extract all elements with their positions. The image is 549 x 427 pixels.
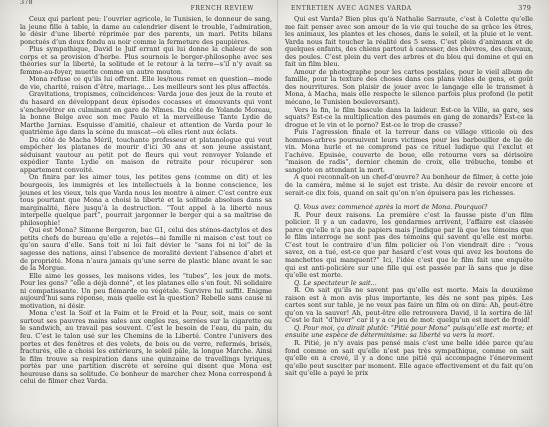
interview-answer: R. On sait qu’ils ne savent pas qu’elle … <box>285 287 533 325</box>
page-header-right: ENTRETIEN AVEC AGNES VARDA 379 <box>285 0 533 14</box>
body-paragraph: Du côté de Macha Méril, touchante profes… <box>20 137 272 175</box>
page-number-right: 379 <box>518 4 531 12</box>
interview-answer: R. Pitié, je n’y avais pas pensé mais c’… <box>285 340 533 378</box>
body-paragraph: Qui est Varda? Bien plus qu’à Nathalie S… <box>285 16 533 69</box>
body-paragraph: Gravitations, tropismes, coïncidences: V… <box>20 91 272 136</box>
page-number-left: 378 <box>20 0 33 6</box>
page-gutter-divider <box>277 0 278 427</box>
page-right: ENTRETIEN AVEC AGNES VARDA 379 Qui est V… <box>285 0 533 378</box>
interview-question: Q. Pour moi, ça dirait plutôt: “Pitié po… <box>285 325 533 340</box>
body-paragraph: Elle aime les gosses, les maisons vides,… <box>20 273 272 311</box>
book-spread: 378 FRENCH REVIEW Ceux qui parlent peu: … <box>0 0 549 427</box>
running-head-right: ENTRETIEN AVEC AGNES VARDA <box>291 5 412 12</box>
body-paragraph: On finira par les aimer tous, les petite… <box>20 174 272 227</box>
body-paragraph: Mona c’est la Soif et la Faim et le Froi… <box>20 310 272 385</box>
body-paragraph: Vers la fin, le film bascule dans la lai… <box>285 107 533 130</box>
body-paragraph: Plus sympathique, David le Juif errant q… <box>20 46 272 76</box>
page-header-left: 378 FRENCH REVIEW <box>20 0 272 14</box>
body-paragraph: A quoi reconnaît-on un chef-d’œuvre? Au … <box>285 174 533 197</box>
body-paragraph: Mona refuse ce qu’ils lui offrent. Elle … <box>20 76 272 91</box>
body-paragraph: Puis l’agression finale et la terreur da… <box>285 129 533 174</box>
page-left: 378 FRENCH REVIEW Ceux qui parlent peu: … <box>20 0 272 386</box>
running-head-left: FRENCH REVIEW <box>191 5 254 12</box>
body-paragraph: Qui est Mona? Simone Bergeron, bac G1, c… <box>20 227 272 272</box>
page-body-left: Ceux qui parlent peu: l’ouvrier agricole… <box>20 16 272 386</box>
interview-answer: R. Pour deux raisons. La première c’est … <box>285 212 533 280</box>
body-paragraph: Amour de photographe pour les cartes pos… <box>285 69 533 107</box>
body-paragraph: Ceux qui parlent peu: l’ouvrier agricole… <box>20 16 272 46</box>
page-body-right: Qui est Varda? Bien plus qu’à Nathalie S… <box>285 16 533 378</box>
